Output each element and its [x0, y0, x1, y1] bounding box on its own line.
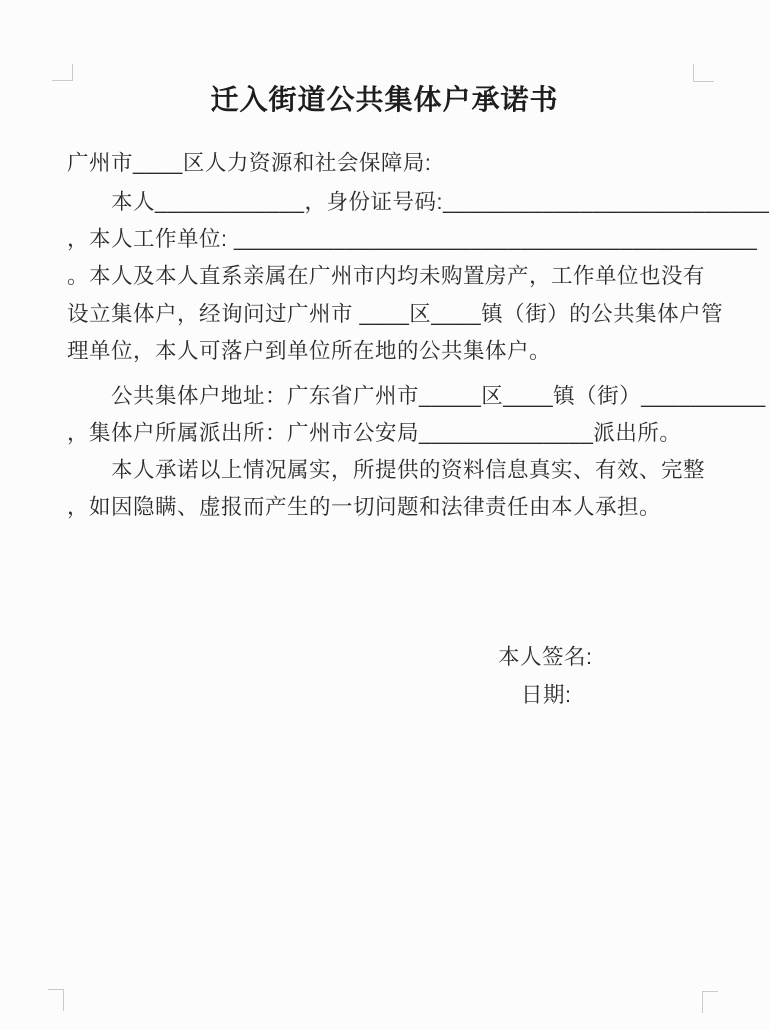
document-page: 迁入街道公共集体户承诺书 广州市____区人力资源和社会保障局: 本人_____… [0, 0, 769, 1030]
signature-name-label: 本人签名: [498, 640, 592, 671]
doc-line-name-and-id: 本人____________，身份证号码:___________________… [111, 189, 769, 215]
doc-line-no-collective-household: 设立集体户，经询问过广州市 ____区____镇（街）的公共集体户管 [67, 301, 723, 327]
doc-line-settle-at-unit: 理单位，本人可落户到单位所在地的公共集体户。 [67, 338, 551, 364]
doc-line-police-station: ，集体户所属派出所：广州市公安局______________派出所。 [67, 420, 681, 446]
margin-mark-bottom-right-icon [702, 991, 718, 1013]
doc-line-salutation: 广州市____区人力资源和社会保障局: [67, 150, 431, 176]
document-title: 迁入街道公共集体户承诺书 [0, 78, 769, 118]
doc-line-no-property: 。本人及本人直系亲属在广州市内均未购置房产，工作单位也没有 [67, 263, 705, 289]
doc-line-work-unit: ，本人工作单位: _______________________________… [67, 226, 757, 252]
doc-line-liability: ，如因隐瞒、虚报而产生的一切问题和法律责任由本人承担。 [67, 494, 661, 520]
margin-mark-bottom-left-icon [48, 989, 64, 1011]
doc-line-commitment: 本人承诺以上情况属实，所提供的资料信息真实、有效、完整 [111, 457, 705, 483]
doc-line-collective-address: 公共集体户地址：广东省广州市_____区____镇（街）__________ [111, 383, 766, 409]
signature-date-label: 日期: [521, 678, 571, 709]
